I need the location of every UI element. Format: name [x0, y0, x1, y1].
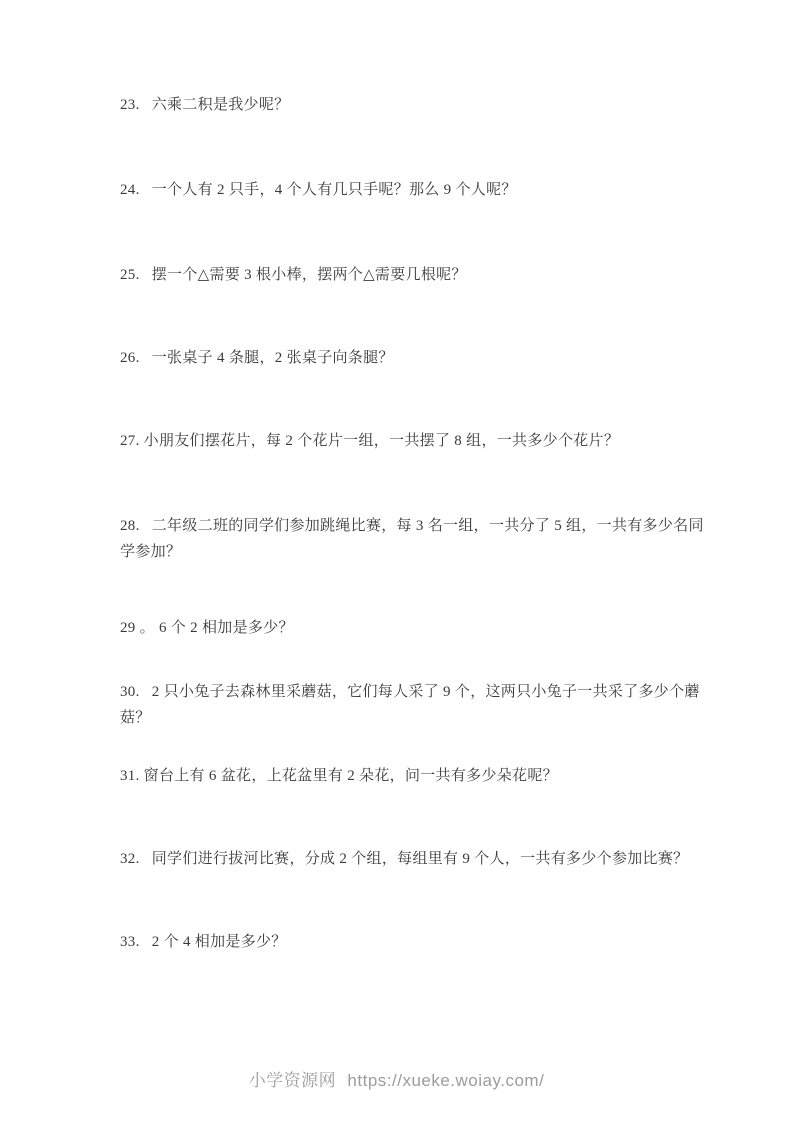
question-number: 27. — [120, 433, 140, 449]
question-number: 24. — [120, 182, 140, 198]
worksheet-page: 23. 六乘二积是我少呢？24. 一个人有 2 只手，4 个人有几只手呢？那么 … — [0, 0, 793, 1122]
question-item: 33. 2 个 4 相加是多少？ — [120, 929, 705, 955]
question-number: 26. — [120, 350, 140, 366]
question-number: 33. — [120, 934, 140, 950]
question-number: 32. — [120, 851, 140, 867]
question-text: 小朋友们摆花片，每 2 个花片一组，一共摆了 8 组，一共多少个花片？ — [144, 433, 620, 449]
question-text: 同学们进行拔河比赛，分成 2 个组，每组里有 9 个人，一共有多少个参加比赛？ — [144, 851, 689, 867]
question-item: 28. 二年级二班的同学们参加跳绳比赛，每 3 名一组，一共分了 5 组，一共有… — [120, 513, 705, 565]
question-number: 30. — [120, 684, 140, 700]
question-number: 28. — [120, 518, 140, 534]
question-text: 窗台上有 6 盆花，上花盆里有 2 朵花，问一共有多少朵花呢？ — [144, 768, 558, 784]
question-list: 23. 六乘二积是我少呢？24. 一个人有 2 只手，4 个人有几只手呢？那么 … — [0, 0, 793, 1122]
question-number: 23. — [120, 97, 140, 113]
question-number: 25. — [120, 267, 140, 283]
question-text: 。 6 个 2 相加是多少？ — [140, 620, 294, 636]
question-item: 23. 六乘二积是我少呢？ — [120, 92, 705, 118]
question-text: 六乘二积是我少呢？ — [144, 97, 290, 113]
question-number: 31. — [120, 768, 140, 784]
footer-site-name: 小学资源网 — [249, 1071, 337, 1090]
question-text: 一张桌子 4 条腿，2 张桌子向条腿？ — [144, 350, 394, 366]
question-text: 一个人有 2 只手，4 个人有几只手呢？那么 9 个人呢？ — [144, 182, 517, 198]
question-item: 32. 同学们进行拔河比赛，分成 2 个组，每组里有 9 个人，一共有多少个参加… — [120, 846, 705, 872]
question-text: 2 个 4 相加是多少？ — [144, 934, 287, 950]
question-item: 25. 摆一个△需要 3 根小棒，摆两个△需要几根呢？ — [120, 262, 705, 288]
question-item: 24. 一个人有 2 只手，4 个人有几只手呢？那么 9 个人呢？ — [120, 177, 705, 203]
question-item: 29。 6 个 2 相加是多少？ — [120, 615, 705, 641]
question-item: 26. 一张桌子 4 条腿，2 张桌子向条腿？ — [120, 345, 705, 371]
footer-url: https://xueke.woiay.com/ — [347, 1071, 544, 1090]
page-footer: 小学资源网 https://xueke.woiay.com/ — [0, 1066, 793, 1091]
question-text: 摆一个△需要 3 根小棒，摆两个△需要几根呢？ — [144, 267, 467, 283]
question-text: 2 只小兔子去森林里采蘑菇，它们每人采了 9 个，这两只小兔子一共采了多少个蘑菇… — [120, 684, 700, 726]
question-number: 29 — [120, 620, 136, 636]
question-item: 31.窗台上有 6 盆花，上花盆里有 2 朵花，问一共有多少朵花呢？ — [120, 763, 705, 789]
question-item: 30. 2 只小兔子去森林里采蘑菇，它们每人采了 9 个，这两只小兔子一共采了多… — [120, 679, 705, 731]
question-text: 二年级二班的同学们参加跳绳比赛，每 3 名一组，一共分了 5 组，一共有多少名同… — [120, 518, 704, 560]
question-item: 27.小朋友们摆花片，每 2 个花片一组，一共摆了 8 组，一共多少个花片？ — [120, 428, 705, 454]
